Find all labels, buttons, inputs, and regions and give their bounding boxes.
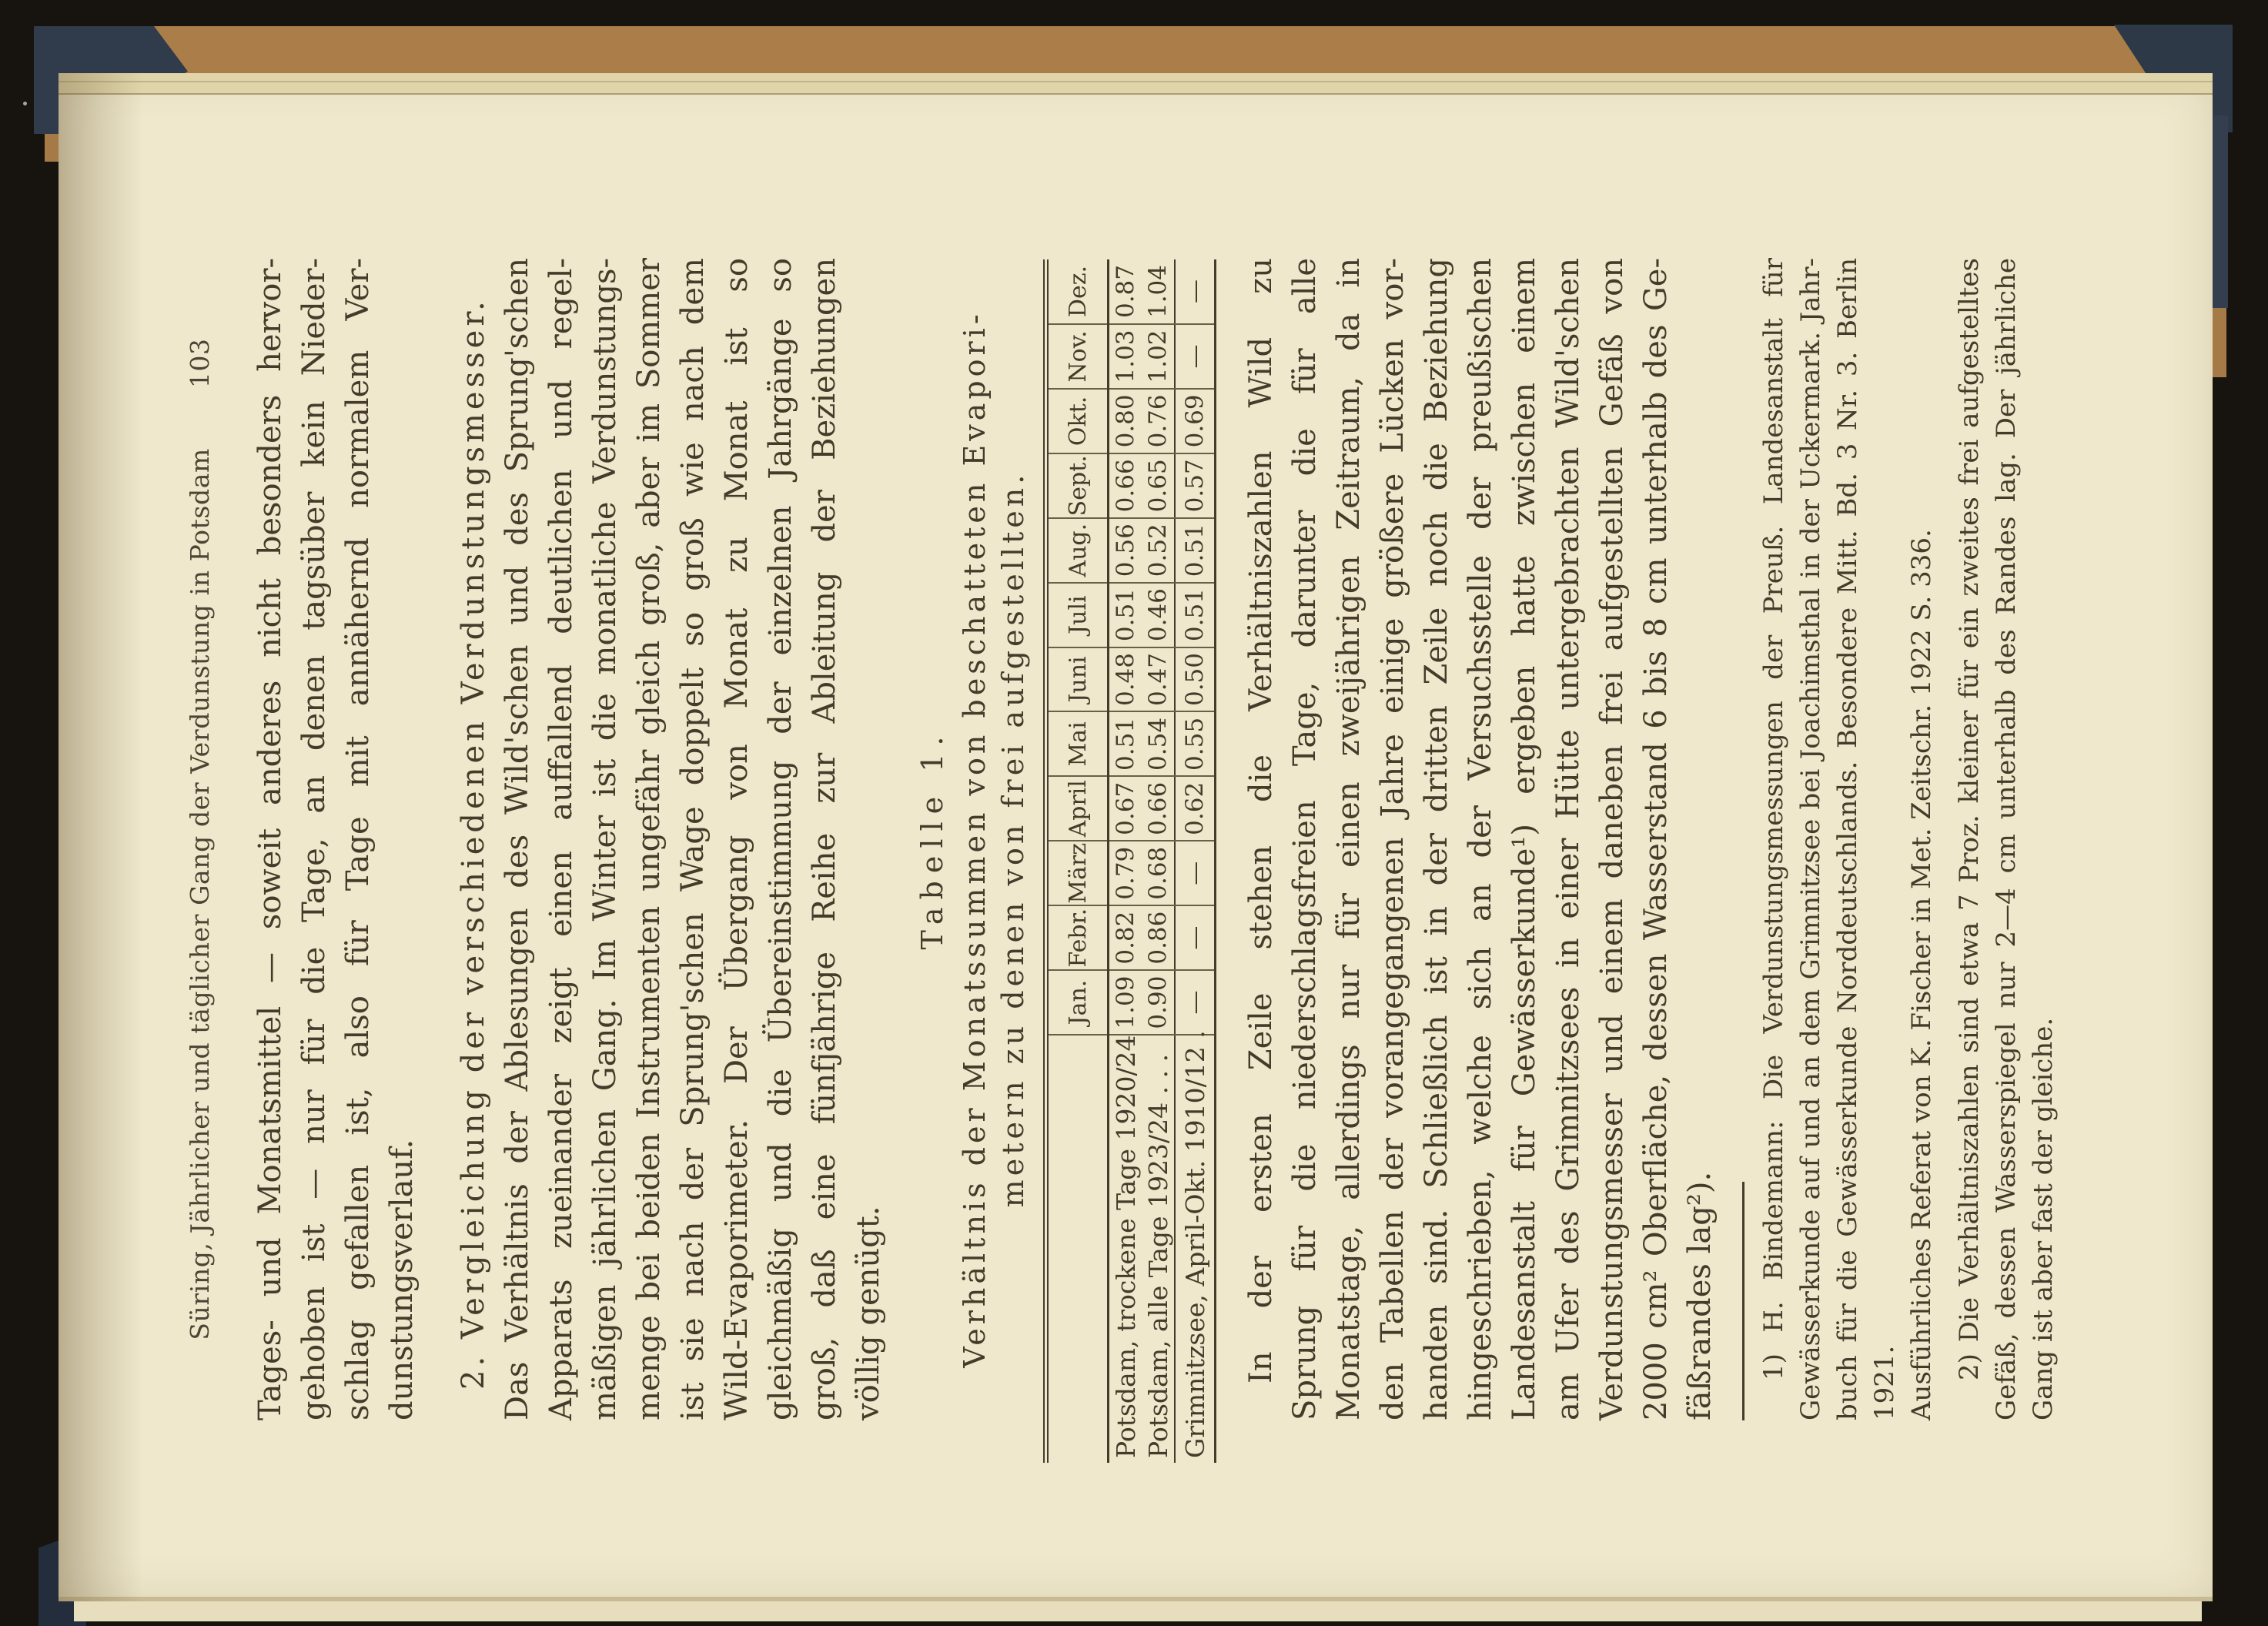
value-cell: 0.51	[1109, 583, 1142, 647]
value-cell: 0.66	[1142, 776, 1175, 841]
month-header-cell: Sept.	[1046, 453, 1109, 518]
text-line: schlag gefallen ist, also für Tage mit a…	[336, 258, 380, 1420]
text-line: Apparats zueinander zeigt einen auffalle…	[540, 258, 584, 1420]
table-header: Jan.Febr.MärzAprilMaiJuniJuliAug.Sept.Ok…	[1046, 259, 1109, 1463]
table-header-row: Jan.Febr.MärzAprilMaiJuniJuliAug.Sept.Ok…	[1046, 259, 1109, 1463]
row-label-cell: Grimnitzsee, April-Okt. 1910/12 .	[1175, 1035, 1216, 1463]
paragraph-section2: Das Verhältnis der Ablesungen des Wild's…	[496, 258, 891, 1420]
value-cell: —	[1175, 324, 1216, 389]
text-line: dunstungsverlauf.	[380, 258, 424, 1420]
text-line: handen sind. Schließlich ist in der drit…	[1415, 258, 1459, 1420]
table-caption: Verhältnis der Monatssummen von beschatt…	[955, 258, 1032, 1420]
value-cell: 0.51	[1175, 583, 1216, 647]
month-header-cell: Aug.	[1046, 518, 1109, 583]
value-cell: 0.51	[1109, 711, 1142, 776]
text-line: menge bei beiden Instrumenten ungefähr g…	[627, 258, 671, 1420]
footnote-line: 2) Die Verhältniszahlen sind etwa 7 Proz…	[1951, 258, 1988, 1420]
text-line: am Ufer des Grimnitzsees in einer Hütte …	[1547, 258, 1591, 1420]
value-cell: 0.55	[1175, 711, 1216, 776]
text-line: hingeschrieben, welche sich an der Versu…	[1459, 258, 1503, 1420]
section-heading: 2. Vergleichung der verschiedenen Verdun…	[452, 258, 496, 1420]
value-cell: 0.56	[1109, 518, 1142, 583]
value-cell: —	[1175, 905, 1216, 970]
dust-speck	[23, 102, 27, 105]
value-cell: 0.50	[1175, 647, 1216, 712]
text-line: gleichmäßig und die Übereinstimmung der …	[759, 258, 803, 1420]
table-body: Potsdam, trockene Tage 1920/241.090.820.…	[1109, 259, 1216, 1463]
book-page: Süring, Jährlicher und täglicher Gang de…	[59, 73, 2213, 1601]
month-header-cell: Mai	[1046, 711, 1109, 776]
text-line: Landesanstalt für Gewässerkunde¹) ergebe…	[1503, 258, 1547, 1420]
running-head-title: Süring, Jährlicher und täglicher Gang de…	[185, 448, 215, 1340]
page-content: Süring, Jährlicher und täglicher Gang de…	[59, 73, 2213, 1601]
running-head: Süring, Jährlicher und täglicher Gang de…	[185, 258, 215, 1420]
table-row: Potsdam, alle Tage 1923/24 . . .0.900.86…	[1142, 259, 1175, 1463]
value-cell: 0.87	[1109, 259, 1142, 324]
value-cell: —	[1175, 970, 1216, 1035]
text-line: den Tabellen der vorangegangenen Jahre e…	[1371, 258, 1415, 1420]
footnote-line: Ausführliches Referat von K. Fischer in …	[1903, 258, 1940, 1420]
value-cell: 0.82	[1109, 905, 1142, 970]
footnote-line: Gang ist aber fast der gleiche.	[2025, 258, 2062, 1420]
book-cover-edge-top	[35, 26, 2230, 75]
text-line: Sprung für die niederschlagsfreien Tage,…	[1283, 258, 1327, 1420]
value-cell: 0.68	[1142, 841, 1175, 905]
value-cell: 0.76	[1142, 389, 1175, 453]
value-cell: 0.47	[1142, 647, 1175, 712]
text-line: Wild-Evaporimeter. Der Übergang von Mona…	[715, 258, 759, 1420]
month-header-cell: Febr.	[1046, 905, 1109, 970]
value-cell: 1.04	[1142, 259, 1175, 324]
value-cell: 0.66	[1109, 453, 1142, 518]
table-kicker: Tabelle 1.	[915, 258, 949, 1420]
value-cell: 0.79	[1109, 841, 1142, 905]
month-header-cell: Nov.	[1046, 324, 1109, 389]
month-header-cell: Dez.	[1046, 259, 1109, 324]
value-cell: 0.46	[1142, 583, 1175, 647]
value-cell: 0.62	[1175, 776, 1216, 841]
text-line: ist sie nach der Sprung'schen Wage doppe…	[671, 258, 715, 1420]
footnote-1: 1) H. Bindemann: Die Verdunstungsmessung…	[1755, 258, 1940, 1420]
value-cell: 0.67	[1109, 776, 1142, 841]
value-cell: 0.57	[1175, 453, 1216, 518]
text-line: fäßrandes lag²).	[1678, 258, 1722, 1420]
paragraph-continuation: Tages- und Monatsmittel — soweit anderes…	[249, 258, 424, 1420]
text-line: Das Verhältnis der Ablesungen des Wild's…	[496, 258, 540, 1420]
table-row: Grimnitzsee, April-Okt. 1910/12 .———0.62…	[1175, 259, 1216, 1463]
underlying-page-edge	[74, 1598, 2202, 1621]
value-cell: 0.86	[1142, 905, 1175, 970]
text-line: mäßigen jährlichen Gang. Im Winter ist d…	[584, 258, 627, 1420]
text-line: groß, daß eine fünfjährige Reihe zur Abl…	[803, 258, 847, 1420]
text-line: Monatstage, allerdings nur für einen zwe…	[1327, 258, 1371, 1420]
page-stack-edge	[59, 73, 2213, 95]
value-cell: 0.52	[1142, 518, 1175, 583]
month-header-cell: April	[1046, 776, 1109, 841]
month-header-cell: März	[1046, 841, 1109, 905]
page-bottom-edge	[59, 1597, 2213, 1601]
value-cell: —	[1175, 259, 1216, 324]
page-number: 103	[185, 338, 215, 388]
month-header-cell: Jan.	[1046, 970, 1109, 1035]
value-cell: 0.65	[1142, 453, 1175, 518]
text-line: gehoben ist — nur für die Tage, an denen…	[293, 258, 336, 1420]
value-cell: 0.54	[1142, 711, 1175, 776]
footnote-separator-rule	[1742, 1182, 1744, 1420]
footnote-line: buch für die Gewässerkunde Norddeutschla…	[1829, 258, 1903, 1420]
caption-line: metern zu denen von frei aufgestellten.	[994, 258, 1032, 1420]
month-header-cell: Okt.	[1046, 389, 1109, 453]
footnote-line: 1) H. Bindemann: Die Verdunstungsmessung…	[1755, 258, 1792, 1420]
text-line: völlig genügt.	[847, 258, 891, 1420]
paragraph-discussion: In der ersten Zeile stehen die Verhältni…	[1239, 258, 1722, 1420]
value-cell: 0.48	[1109, 647, 1142, 712]
text-line: Verdunstungsmesser und einem daneben fre…	[1591, 258, 1634, 1420]
evaporation-ratio-table: Jan.Febr.MärzAprilMaiJuniJuliAug.Sept.Ok…	[1043, 259, 1216, 1463]
footnote-line: Gefäß, dessen Wasserspiegel nur 2—4 cm u…	[1988, 258, 2025, 1420]
value-cell: 0.69	[1175, 389, 1216, 453]
row-label-cell: Potsdam, trockene Tage 1920/24	[1109, 1035, 1142, 1463]
value-cell: 0.80	[1109, 389, 1142, 453]
value-cell: —	[1175, 841, 1216, 905]
text-line: In der ersten Zeile stehen die Verhältni…	[1239, 258, 1283, 1420]
table-row: Potsdam, trockene Tage 1920/241.090.820.…	[1109, 259, 1142, 1463]
value-cell: 1.09	[1109, 970, 1142, 1035]
row-label-cell: Potsdam, alle Tage 1923/24 . . .	[1142, 1035, 1175, 1463]
value-cell: 1.03	[1109, 324, 1142, 389]
text-line: 2000 cm² Oberfläche, dessen Wasserstand …	[1634, 258, 1678, 1420]
footnote-2: 2) Die Verhältniszahlen sind etwa 7 Proz…	[1951, 258, 2062, 1420]
value-cell: 0.51	[1175, 518, 1216, 583]
table-corner-cell	[1046, 1035, 1109, 1463]
value-cell: 1.02	[1142, 324, 1175, 389]
month-header-cell: Juni	[1046, 647, 1109, 712]
value-cell: 0.90	[1142, 970, 1175, 1035]
footnote-line: Gewässerkunde auf und an dem Grimnitzsee…	[1792, 258, 1829, 1420]
text-line: Tages- und Monatsmittel — soweit anderes…	[249, 258, 293, 1420]
caption-line: Verhältnis der Monatssummen von beschatt…	[955, 258, 994, 1420]
month-header-cell: Juli	[1046, 583, 1109, 647]
